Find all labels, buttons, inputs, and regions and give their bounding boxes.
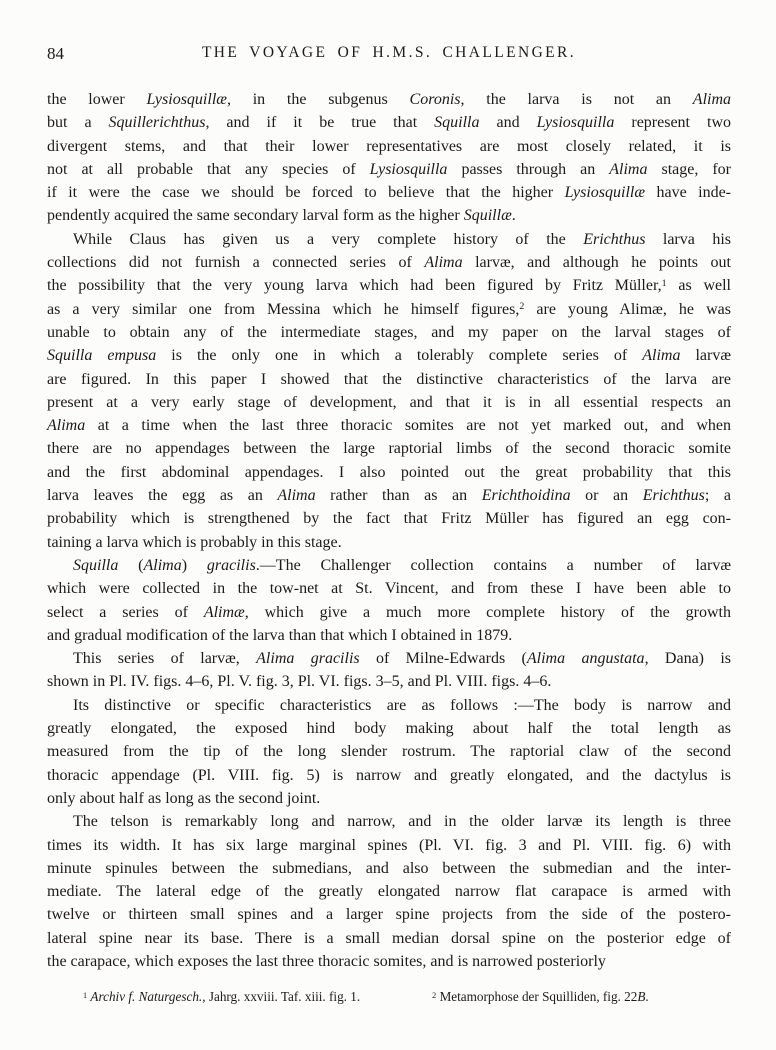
text-run: not at all probable that any species of xyxy=(47,161,370,178)
text-run: lateral spine near its base. There is a … xyxy=(47,930,731,947)
text-run: , Dana) is xyxy=(645,650,731,667)
italic-term: gracilis xyxy=(207,557,256,574)
text-run: as a very similar one from Messina which… xyxy=(47,301,519,318)
text-run: ) xyxy=(182,557,207,574)
text-run: and the first abdominal appendages. I al… xyxy=(47,464,731,481)
text-line: and the first abdominal appendages. I al… xyxy=(47,461,731,484)
footnote-marker: 2 xyxy=(519,301,524,312)
text-run: if it were the case we should be forced … xyxy=(47,184,565,201)
text-line: not at all probable that any species of … xyxy=(47,158,731,181)
italic-term: Alima xyxy=(144,557,182,574)
italic-term: Lysiosquilla xyxy=(537,114,615,131)
footnote-marker: 2 xyxy=(432,991,436,1000)
text-run: larva his xyxy=(645,231,731,248)
page-number: 84 xyxy=(47,44,64,64)
text-run: represent two xyxy=(614,114,731,131)
text-line: greatly elongated, the exposed hind body… xyxy=(47,717,731,740)
text-line: but a Squillerichthus, and if it be true… xyxy=(47,111,731,134)
text-run: the possibility that the very young larv… xyxy=(47,277,662,294)
text-line: only about half as long as the second jo… xyxy=(47,787,731,810)
text-run: the lower xyxy=(47,91,147,108)
italic-term: Lysiosquillæ xyxy=(565,184,645,201)
footnote: 1 Archiv f. Naturgesch., Jahrg. xxviii. … xyxy=(83,988,360,1006)
text-line: measured from the tip of the long slende… xyxy=(47,740,731,763)
italic-term: Alima xyxy=(693,91,731,108)
text-run: taining a larva which is probably in thi… xyxy=(47,534,342,551)
text-line: pendently acquired the same secondary la… xyxy=(47,204,731,227)
text-line: Alima at a time when the last three thor… xyxy=(47,414,731,437)
text-run: the carapace, which exposes the last thr… xyxy=(47,953,606,970)
text-run: are figured. In this paper I showed that… xyxy=(47,371,731,388)
text-run: pendently acquired the same secondary la… xyxy=(47,207,464,224)
paragraph: While Claus has given us a very complete… xyxy=(47,228,731,554)
text-run: shown in Pl. IV. figs. 4–6, Pl. V. fig. … xyxy=(47,673,551,690)
italic-term: Alima xyxy=(424,254,462,271)
text-run: While Claus has given us a very complete… xyxy=(73,231,583,248)
text-run: greatly elongated, the exposed hind body… xyxy=(47,720,731,737)
text-run: mediate. The lateral edge of the greatly… xyxy=(47,883,731,900)
text-run: have inde- xyxy=(645,184,731,201)
text-line: are figured. In this paper I showed that… xyxy=(47,368,731,391)
text-line: the lower Lysiosquillæ, in the subgenus … xyxy=(47,88,731,111)
italic-term: Squillæ xyxy=(464,207,512,224)
text-line: Its distinctive or specific characterist… xyxy=(47,694,731,717)
page-header: 84 THE VOYAGE OF H.M.S. CHALLENGER. xyxy=(47,44,731,65)
text-run: there are no appendages between the larg… xyxy=(47,440,731,457)
text-line: unable to obtain any of the intermediate… xyxy=(47,321,731,344)
text-line: collections did not furnish a connected … xyxy=(47,251,731,274)
text-run: , which give a much more complete histor… xyxy=(245,604,731,621)
body-text: the lower Lysiosquillæ, in the subgenus … xyxy=(47,88,731,973)
text-line: The telson is remarkably long and narrow… xyxy=(47,810,731,833)
italic-term: Alima xyxy=(277,487,315,504)
text-run: ( xyxy=(118,557,143,574)
italic-term: Archiv f. Naturgesch. xyxy=(90,989,202,1004)
italic-term: Squilla xyxy=(73,557,118,574)
text-run: thoracic appendage (Pl. VIII. fig. 5) is… xyxy=(47,767,731,784)
text-line: times its width. It has six large margin… xyxy=(47,834,731,857)
text-run: , in the subgenus xyxy=(227,91,410,108)
text-run: , the larva is not an xyxy=(461,91,693,108)
text-run: divergent stems, and that their lower re… xyxy=(47,138,731,155)
text-run: . xyxy=(512,207,516,224)
paragraph: Its distinctive or specific characterist… xyxy=(47,694,731,810)
book-page: 84 THE VOYAGE OF H.M.S. CHALLENGER. the … xyxy=(0,0,776,1050)
text-line: larva leaves the egg as an Alima rather … xyxy=(47,484,731,507)
text-line: as a very similar one from Messina which… xyxy=(47,298,731,321)
text-line: probability which is strengthened by the… xyxy=(47,507,731,530)
footnote: 2 Metamorphose der Squilliden, fig. 22B. xyxy=(432,988,649,1006)
text-line: thoracic appendage (Pl. VIII. fig. 5) is… xyxy=(47,764,731,787)
text-run: ; a xyxy=(705,487,731,504)
text-line: and gradual modification of the larva th… xyxy=(47,624,731,647)
footnote-marker: 1 xyxy=(662,278,667,289)
italic-term: Erichthoidina xyxy=(482,487,571,504)
italic-term: Squilla empusa xyxy=(47,347,156,364)
text-line: minute spinules between the submedians, … xyxy=(47,857,731,880)
italic-term: Coronis xyxy=(410,91,461,108)
text-run: This series of larvæ, xyxy=(73,650,256,667)
text-run: , Jahrg. xxviii. Taf. xiii. fig. 1. xyxy=(202,989,360,1004)
italic-term: Lysiosquilla xyxy=(370,161,448,178)
text-run: or an xyxy=(571,487,643,504)
text-run: and xyxy=(480,114,537,131)
text-run: measured from the tip of the long slende… xyxy=(47,743,731,760)
text-line: taining a larva which is probably in thi… xyxy=(47,531,731,554)
text-line: lateral spine near its base. There is a … xyxy=(47,927,731,950)
text-run: present at a very early stage of develop… xyxy=(47,394,731,411)
text-line: select a series of Alimæ, which give a m… xyxy=(47,601,731,624)
text-run: at a time when the last three thoracic s… xyxy=(85,417,731,434)
text-run: larvæ xyxy=(680,347,731,364)
italic-term: Erichthus xyxy=(583,231,645,248)
text-run: collections did not furnish a connected … xyxy=(47,254,424,271)
text-line: This series of larvæ, Alima gracilis of … xyxy=(47,647,731,670)
italic-term: Squilla xyxy=(434,114,479,131)
italic-term: Alima xyxy=(47,417,85,434)
text-line: While Claus has given us a very complete… xyxy=(47,228,731,251)
text-run: times its width. It has six large margin… xyxy=(47,837,731,854)
italic-term: Alima xyxy=(609,161,647,178)
text-run: but a xyxy=(47,114,109,131)
text-run: stage, for xyxy=(647,161,731,178)
text-run: is the only one in which a tolerably com… xyxy=(156,347,642,364)
footnote-marker: 1 xyxy=(83,991,87,1000)
text-run: only about half as long as the second jo… xyxy=(47,790,320,807)
text-run: twelve or thirteen small spines and a la… xyxy=(47,906,731,923)
text-line: Squilla empusa is the only one in which … xyxy=(47,344,731,367)
text-run: probability which is strengthened by the… xyxy=(47,510,731,527)
italic-term: Squillerichthus xyxy=(109,114,206,131)
text-run: . xyxy=(645,989,648,1004)
text-line: the possibility that the very young larv… xyxy=(47,274,731,297)
text-line: present at a very early stage of develop… xyxy=(47,391,731,414)
text-line: there are no appendages between the larg… xyxy=(47,437,731,460)
text-run: Its distinctive or specific characterist… xyxy=(73,697,731,714)
text-run: as well xyxy=(667,277,731,294)
text-line: divergent stems, and that their lower re… xyxy=(47,135,731,158)
paragraph: Squilla (Alima) gracilis.—The Challenger… xyxy=(47,554,731,647)
text-run: select a series of xyxy=(47,604,204,621)
text-line: the carapace, which exposes the last thr… xyxy=(47,950,731,973)
text-line: which were collected in the tow-net at S… xyxy=(47,577,731,600)
text-run: which were collected in the tow-net at S… xyxy=(47,580,731,597)
text-run: .—The Challenger collection contains a n… xyxy=(256,557,731,574)
text-line: Squilla (Alima) gracilis.—The Challenger… xyxy=(47,554,731,577)
text-run: are young Alimæ, he was xyxy=(524,301,731,318)
italic-term: Alimæ xyxy=(204,604,245,621)
italic-term: Alima angustata xyxy=(527,650,645,667)
text-line: twelve or thirteen small spines and a la… xyxy=(47,903,731,926)
text-run: unable to obtain any of the intermediate… xyxy=(47,324,731,341)
text-run: The telson is remarkably long and narrow… xyxy=(73,813,731,830)
text-run: larva leaves the egg as an xyxy=(47,487,277,504)
paragraph: This series of larvæ, Alima gracilis of … xyxy=(47,647,731,694)
text-line: shown in Pl. IV. figs. 4–6, Pl. V. fig. … xyxy=(47,670,731,693)
text-run: rather than as an xyxy=(316,487,482,504)
text-run: passes through an xyxy=(447,161,609,178)
text-line: if it were the case we should be forced … xyxy=(47,181,731,204)
text-run: Metamorphose der Squilliden, fig. 22 xyxy=(436,989,637,1004)
italic-term: Erichthus xyxy=(643,487,705,504)
italic-term: Alima xyxy=(642,347,680,364)
footnotes: 1 Archiv f. Naturgesch., Jahrg. xxviii. … xyxy=(47,988,731,1006)
paragraph: The telson is remarkably long and narrow… xyxy=(47,810,731,973)
running-title: THE VOYAGE OF H.M.S. CHALLENGER. xyxy=(47,44,731,62)
text-run: of Milne-Edwards ( xyxy=(360,650,527,667)
text-run: and gradual modification of the larva th… xyxy=(47,627,512,644)
italic-term: Lysiosquillæ xyxy=(147,91,227,108)
text-run: minute spinules between the submedians, … xyxy=(47,860,731,877)
text-run: , and if it be true that xyxy=(205,114,434,131)
italic-term: Alima gracilis xyxy=(256,650,359,667)
text-line: mediate. The lateral edge of the greatly… xyxy=(47,880,731,903)
text-run: larvæ, and although he points out xyxy=(463,254,731,271)
paragraph: the lower Lysiosquillæ, in the subgenus … xyxy=(47,88,731,228)
